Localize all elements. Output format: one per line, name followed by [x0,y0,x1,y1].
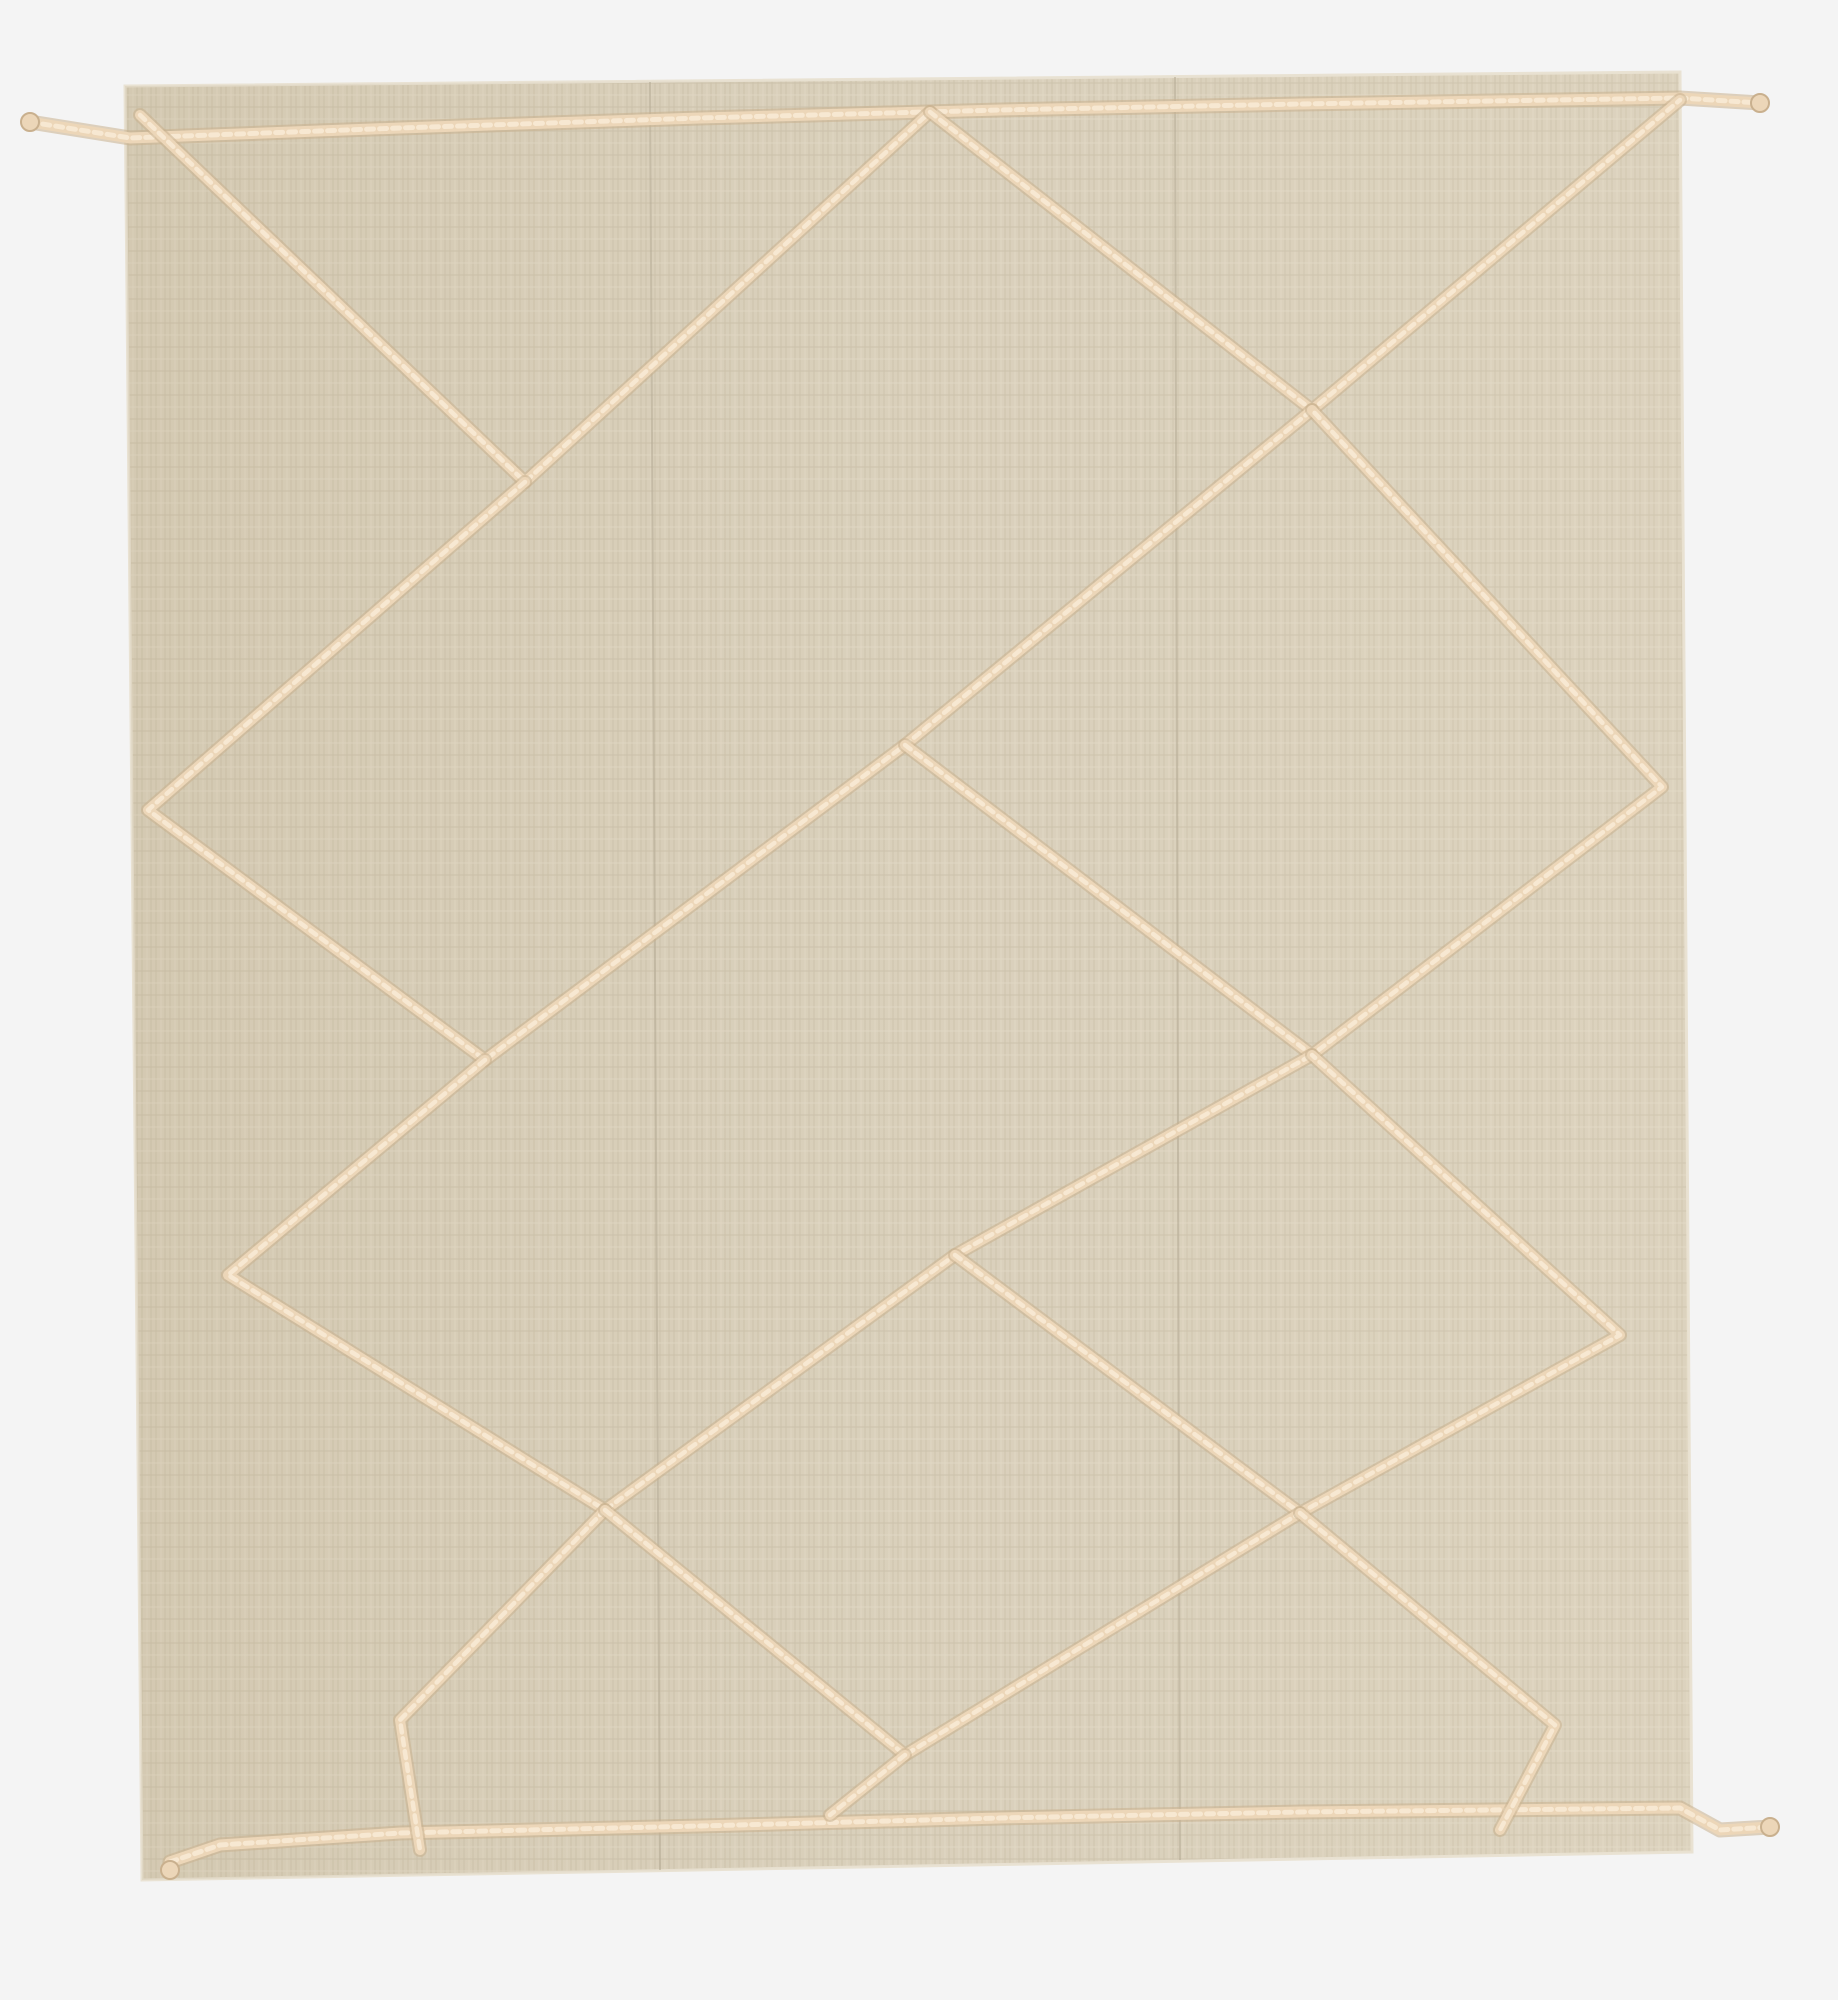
tassel-knot [21,113,39,131]
tassel-knot [1761,1818,1779,1836]
tassel-knot [1751,94,1769,112]
rug-photo [0,0,1838,2000]
tassel-knot [161,1861,179,1879]
